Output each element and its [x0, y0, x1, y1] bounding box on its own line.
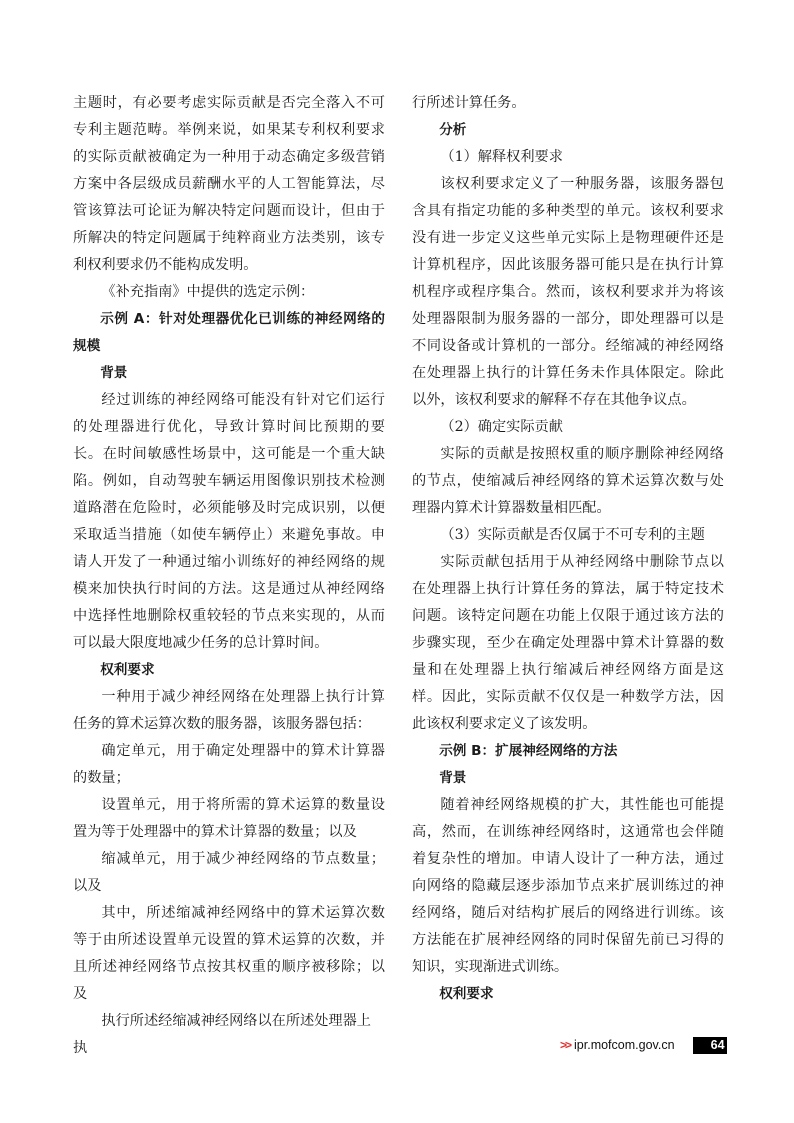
- body-paragraph: 经过训练的神经网络可能没有针对它们运行的处理器进行优化，导致计算时间比预期的要长…: [73, 387, 385, 657]
- left-column: 主题时，有必要考虑实际贡献是否完全落入不可专利主题范畴。举例来说，如果某专利权利…: [73, 90, 385, 1062]
- subheading-excluded-subject: （3）实际贡献是否仅属于不可专利的主题: [412, 522, 724, 549]
- subheading-actual-contribution: （2）确定实际贡献: [412, 414, 724, 441]
- body-paragraph: 《补充指南》中提供的选定示例：: [73, 279, 385, 306]
- body-paragraph: 执行所述经缩减神经网络以在所述处理器上执: [73, 1008, 385, 1062]
- example-b-heading: 示例 B：扩展神经网络的方法: [412, 738, 724, 765]
- section-heading-claims: 权利要求: [412, 981, 724, 1008]
- double-chevron-right-icon: >>: [560, 1038, 570, 1052]
- website-link[interactable]: ipr.mofcom.gov.cn: [574, 1038, 675, 1052]
- body-paragraph: 该权利要求定义了一种服务器，该服务器包含具有指定功能的多种类型的单元。该权利要求…: [412, 171, 724, 414]
- example-a-heading: 示例 A：针对处理器优化已训练的神经网络的规模: [73, 306, 385, 360]
- page-footer: >> ipr.mofcom.gov.cn 64: [560, 1035, 727, 1055]
- section-heading-background: 背景: [73, 360, 385, 387]
- body-paragraph: 主题时，有必要考虑实际贡献是否完全落入不可专利主题范畴。举例来说，如果某专利权利…: [73, 90, 385, 279]
- body-paragraph: 一种用于减少神经网络在处理器上执行计算任务的算术运算次数的服务器，该服务器包括：: [73, 684, 385, 738]
- section-heading-claims: 权利要求: [73, 657, 385, 684]
- body-paragraph: 设置单元，用于将所需的算术运算的数量设置为等于处理器中的算术计算器的数量；以及: [73, 792, 385, 846]
- body-paragraph: 随着神经网络规模的扩大，其性能也可能提高，然而，在训练神经网络时，这通常也会伴随…: [412, 792, 724, 981]
- body-paragraph: 实际的贡献是按照权重的顺序删除神经网络的节点，使缩减后神经网络的算术运算次数与处…: [412, 441, 724, 522]
- section-heading-background: 背景: [412, 765, 724, 792]
- body-paragraph: 实际贡献包括用于从神经网络中删除节点以在处理器上执行计算任务的算法，属于特定技术…: [412, 549, 724, 738]
- page-number: 64: [693, 1037, 727, 1054]
- right-column: 行所述计算任务。 分析 （1）解释权利要求 该权利要求定义了一种服务器，该服务器…: [412, 90, 724, 1008]
- body-paragraph: 确定单元，用于确定处理器中的算术计算器的数量；: [73, 738, 385, 792]
- body-paragraph: 其中，所述缩减神经网络中的算术运算次数等于由所述设置单元设置的算术运算的次数，并…: [73, 900, 385, 1008]
- section-heading-analysis: 分析: [412, 117, 724, 144]
- body-paragraph: 缩减单元，用于减少神经网络的节点数量；以及: [73, 846, 385, 900]
- subheading-interpret-claims: （1）解释权利要求: [412, 144, 724, 171]
- body-paragraph: 行所述计算任务。: [412, 90, 724, 117]
